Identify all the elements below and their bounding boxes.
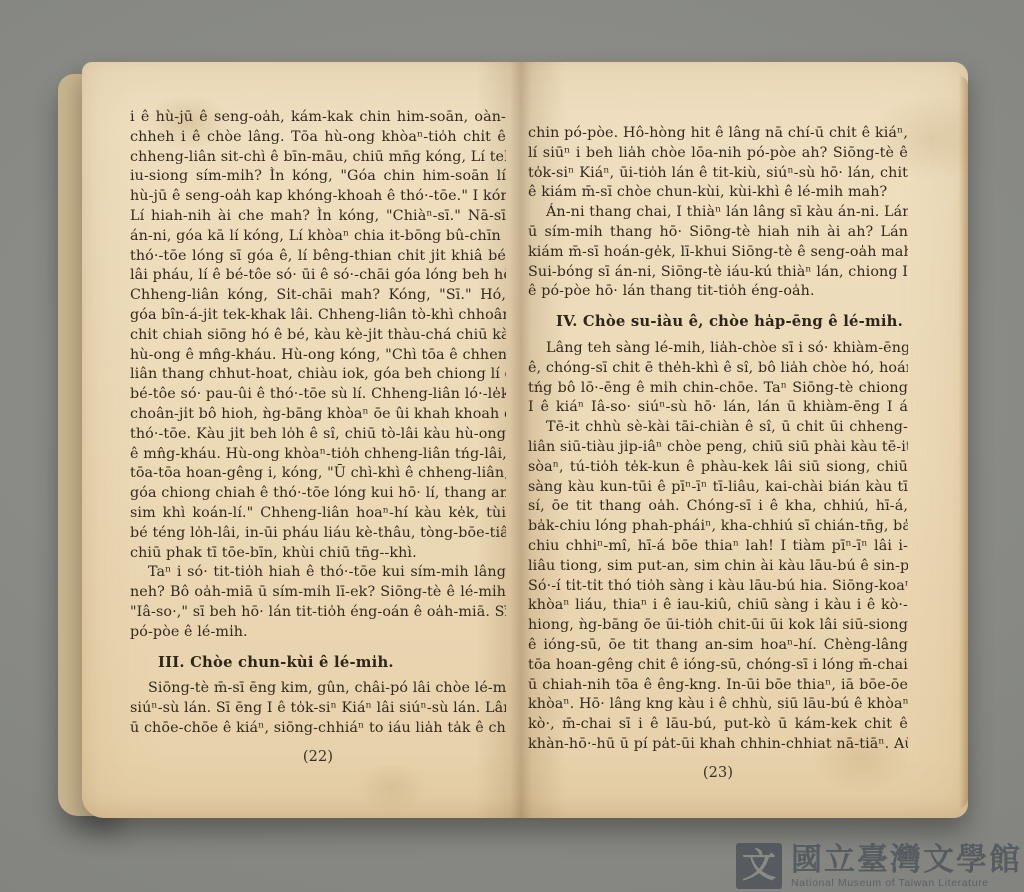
text-line: sim khì koán-lí." Chheng-liân hoaⁿ-hí kà… (130, 504, 506, 524)
text-line: neh? Bô oa̍h-miā ū sím-mi̍h lī-ek? Siōng… (130, 583, 506, 603)
text-line: Siōng-tè m̄-sī ēng kim, gûn, châi-pó lâi… (130, 679, 506, 699)
text-line: tōa hoan-gêng chit ê ióng-sū, chóng-sī i… (528, 656, 908, 676)
text-line: Taⁿ i só· tit-tio̍h hiah ê thó·-tōe kui … (130, 563, 506, 583)
text-line: bé-tôe só· pau-ûi ê thó·-tōe sù lí. Chhe… (130, 385, 506, 405)
text-line: liâu tiong, sim put-an, sim chin ài kàu … (528, 557, 908, 577)
text-line: khòaⁿ. Hō· lâng kng kàu i ê chhù, siū lā… (528, 695, 908, 715)
text-line: sòaⁿ, tú-tio̍h te̍k-kun ê phàu-kek lâi s… (528, 458, 908, 478)
section-heading: III. Chòe chun-kùi ê lé-mi̍h. (130, 653, 506, 673)
text-line: Án-ni thang chai, I thiàⁿ lán lâng sī kà… (528, 203, 908, 223)
text-line: kiám m̄-sī hoán-ge̍k, lī-khui Siōng-tè ê… (528, 243, 908, 263)
text-line: to̍k-siⁿ Kiáⁿ, ūi-tio̍h lán ê tit-kiù, s… (528, 164, 908, 184)
text-line: siúⁿ-sù lán. Sī ēng I ê to̍k-siⁿ Kiáⁿ lâ… (130, 699, 506, 719)
text-line: chiū phak tī tōe-bīn, khùi chiū tn̄g--kh… (130, 544, 506, 564)
open-pages: i ê hù-jū ê seng-oa̍h, kám-kak chin him-… (82, 62, 968, 818)
text-line: ê mn̂g-kháu. Hù-ong khòaⁿ-tio̍h chheng-l… (130, 445, 506, 465)
page-number: (23) (528, 764, 908, 784)
text-line: Sui-bóng sī án-ni, Siōng-tè iáu-kú thiàⁿ… (528, 263, 908, 283)
text-line: tńg bô lō·-ēng ê mi̍h chin-chōe. Taⁿ Siō… (528, 379, 908, 399)
text-line: thó·-tōe. Kàu ji̍t beh lo̍h ê sî, chiū t… (130, 425, 506, 445)
text-line: ba̍k-chiu lóng phah-pháiⁿ, kha-chhiú sī … (528, 517, 908, 537)
text-line: iu-siong sím-mi̍h? Ìn kóng, "Góa chin hi… (130, 167, 506, 187)
museum-logo-icon: 文 (736, 843, 782, 889)
text-line: chi̍t chiah siōng hó ê bé, kàu kè-ji̍t t… (130, 326, 506, 346)
text-line: "Iâ-so·," sī beh hō· lán tit-tio̍h éng-o… (130, 603, 506, 623)
text-line: hù-jū ê seng-oa̍h kap khóng-khoah ê thó·… (130, 187, 506, 207)
page-number: (22) (130, 748, 506, 768)
text-line: Lâng teh sàng lé-mi̍h, lia̍h-chòe sī i s… (528, 339, 908, 359)
text-line: ê kiám m̄-sī chòe chun-kùi, kùi-khì ê lé… (528, 183, 908, 203)
text-line: góa bîn-á-ji̍t tek-khak lâi. Chheng-liân… (130, 306, 506, 326)
text-line: pó-pòe ê lé-mi̍h. (130, 623, 506, 643)
text-line: thó·-tōe lóng sī góa ê, lí bêng-thian ch… (130, 247, 506, 267)
section-heading: IV. Chòe su-iàu ê, chòe ha̍p-ēng ê lé-mi… (528, 312, 908, 332)
left-page: i ê hù-jū ê seng-oa̍h, kám-kak chin him-… (130, 108, 506, 768)
museum-name-zh: 國立臺灣文學館 (791, 844, 1022, 877)
text-line: i ê hù-jū ê seng-oa̍h, kám-kak chin him-… (130, 108, 506, 128)
text-line: kò·, m̄-chai sī i ê lāu-bú, put-kò ū kám… (528, 715, 908, 735)
text-line: hù-ong ê mn̂g-kháu. Hù-ong kóng, "Chì tō… (130, 346, 506, 366)
text-line: sí, ōe tit thang oa̍h. Chóng-sī i ê kha,… (528, 497, 908, 517)
text-line: tōa-tōa hoan-gêng i, kóng, "Ū chì-khì ê … (130, 464, 506, 484)
right-page: chin pó-pòe. Hô-hòng hit ê lâng nā chí-ū… (528, 124, 908, 784)
text-line: Lí hiah-nih ài che mah? Ìn kóng, "Chiàⁿ-… (130, 207, 506, 227)
text-line: ê pó-pòe hō· lán thang tit-tio̍h éng-oa̍… (528, 282, 908, 302)
text-line: choân-ji̍t bô hioh, ǹg-bāng khòaⁿ ōe ûi … (130, 405, 506, 425)
text-line: án-ni, góa kā lí kóng, Lí khòaⁿ chia it-… (130, 227, 506, 247)
text-line: chheng-liân sit-chì ê bīn-māu, chiū mn̄g… (130, 148, 506, 168)
text-line: ū chōe-chōe ê kiáⁿ, siōng-chhiáⁿ to iáu … (130, 719, 506, 739)
text-line: ū sím-mi̍h thang hō· Siōng-tè hiah nih à… (528, 223, 908, 243)
text-line: ū chiah-nih tōa ê êng-kng. In-ūi bōe thi… (528, 676, 908, 696)
museum-name-en: National Museum of Taiwan Literature (791, 877, 989, 889)
text-line: Tē-it chhù sè-kài tāi-chiàn ê sî, ū chi̍… (528, 418, 908, 438)
museum-name: 國立臺灣文學館 National Museum of Taiwan Litera… (791, 844, 1022, 889)
text-line: bé téng lo̍h-lâi, in-ūi pháu liáu kè-thâ… (130, 524, 506, 544)
text-line: khàn-hō·-hū ū pí pa̍t-ūi khah chhin-chhi… (528, 735, 908, 755)
text-line: ê, chóng-sī chi̍t ē the̍h-khì ê sî, bô l… (528, 359, 908, 379)
text-line: I ê kiáⁿ Iâ-so· siúⁿ-sù hō· lán, lán ū k… (528, 398, 908, 418)
text-line: Só·-í ti̍t-ti̍t thó tio̍h sàng i kàu lāu… (528, 577, 908, 597)
text-line: Chheng-liân kóng, Si̍t-chāi mah? Kóng, "… (130, 286, 506, 306)
text-line: khòaⁿ liáu, thiaⁿ i ê iau-kiû, chiū sàng… (528, 596, 908, 616)
text-line: sàng kàu kun-tūi ê pīⁿ-īⁿ tī-liâu, kai-c… (528, 478, 908, 498)
text-line: lí siūⁿ i beh lia̍h chòe lōa-nih pó-pòe … (528, 144, 908, 164)
text-line: ê ióng-sū, ōe tit thang an-sim hoaⁿ-hí. … (528, 636, 908, 656)
text-line: lâi pháu, lí ê bé-tôe só· ūi ê só·-chāi … (130, 266, 506, 286)
text-line: chheh i ê chòe lâng. Tōa hù-ong khòaⁿ-ti… (130, 128, 506, 148)
text-line: chiu chhiⁿ-mî, hī-á bōe thiaⁿ lah! I tià… (528, 537, 908, 557)
text-line: hiong, ǹg-bāng ōe ūi-tio̍h chit-ūi ūi ko… (528, 616, 908, 636)
text-line: chin pó-pòe. Hô-hòng hit ê lâng nā chí-ū… (528, 124, 908, 144)
text-line: góa chiong chiah ê thó·-tōe lóng kui hō·… (130, 484, 506, 504)
book-spread: i ê hù-jū ê seng-oa̍h, kám-kak chin him-… (58, 62, 968, 818)
museum-watermark: 文 國立臺灣文學館 National Museum of Taiwan Lite… (736, 843, 1022, 889)
text-line: liân siū-tiàu ji̍p-iâⁿ chòe peng, chiū s… (528, 438, 908, 458)
page-right-edge (959, 76, 968, 808)
text-line: liân thang chhut-hoat, chiàu iok, góa be… (130, 365, 506, 385)
photo-background: i ê hù-jū ê seng-oa̍h, kám-kak chin him-… (0, 0, 1024, 892)
